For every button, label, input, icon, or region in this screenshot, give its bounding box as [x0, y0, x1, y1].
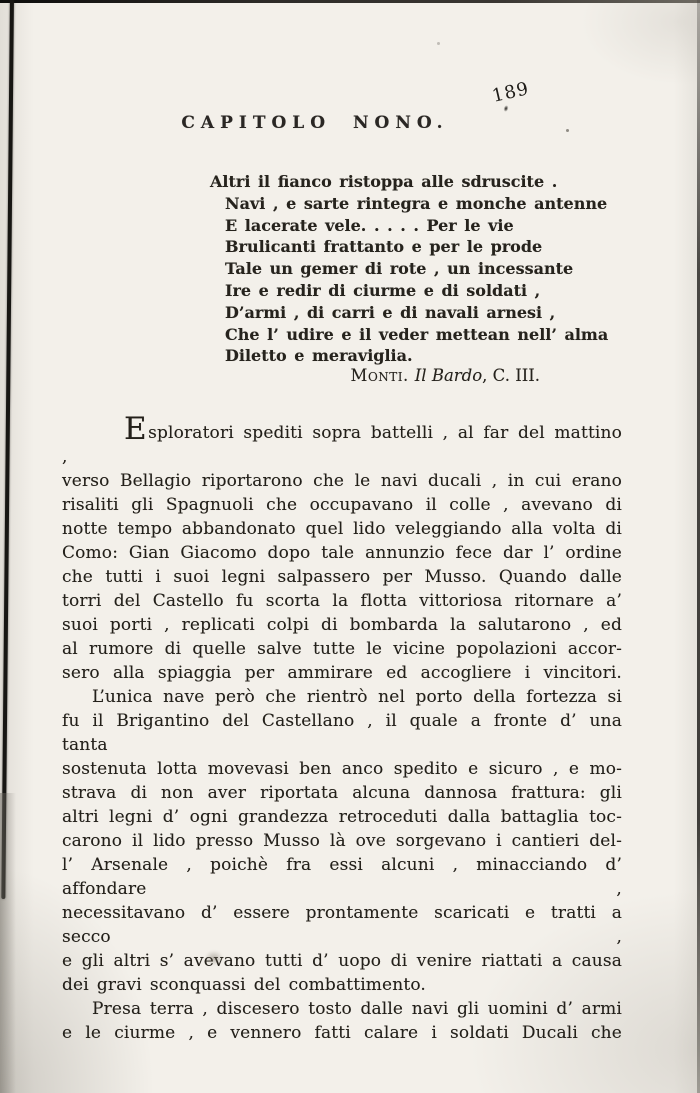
body-text-line: sero alla spiaggia per ammirare ed accog… [62, 661, 622, 685]
body-text-line: L’unica nave però che rientrò nel porto … [62, 685, 622, 709]
paragraph: Esploratori spediti sopra battelli , al … [62, 421, 622, 685]
body-text-line: al rumore di quelle salve tutte le vicin… [62, 637, 622, 661]
body-text-line: e gli altri s’ avevano tutti d’ uopo di … [62, 949, 622, 973]
body-text-line: Como: Gian Giacomo dopo tale annunzio fe… [62, 541, 622, 565]
poem-epigraph: Altri il fianco ristoppa alle sdruscite … [210, 171, 610, 367]
poem-line: E lacerate vele. . . . . Per le vie [225, 215, 610, 237]
poem-line: D’armi , di carri e di navali arnesi , [225, 302, 610, 324]
body-text-line: strava di non aver riportata alcuna dann… [62, 781, 622, 805]
body-text-line: fu il Brigantino del Castellano , il qua… [62, 709, 622, 757]
poem-line: Altri il fianco ristoppa alle sdruscite … [210, 171, 610, 193]
poem-line: Diletto e meraviglia. [225, 345, 610, 367]
body-text-line: dei gravi sconquassi del combattimento. [62, 973, 622, 997]
scan-edge-top [0, 0, 700, 3]
body-text-line: suoi porti , replicati colpi di bombarda… [62, 613, 622, 637]
book-page-scan: 189 CAPITOLO NONO. Altri il fianco risto… [0, 0, 700, 1093]
body-text-line: risaliti gli Spagnuoli che occupavano il… [62, 493, 622, 517]
attribution-author: Monti. [351, 366, 409, 385]
body-text-line: verso Bellagio riportarono che le navi d… [62, 469, 622, 493]
poem-line: Tale un gemer di rote , un incessante [225, 258, 610, 280]
body-text-line: che tutti i suoi legni salpassero per Mu… [62, 565, 622, 589]
body-text-line: carono il lido presso Musso là ove sorge… [62, 829, 622, 853]
body-text: Esploratori spediti sopra battelli , al … [62, 421, 622, 1045]
paper-smudge [202, 948, 226, 968]
attribution-suffix: , C. III. [482, 366, 540, 385]
attribution-work: Il Bardo [415, 366, 482, 385]
ink-speck [437, 42, 440, 45]
paragraph: L’unica nave però che rientrò nel porto … [62, 685, 622, 997]
paragraph: Presa terra , discesero tosto dalle navi… [62, 997, 622, 1045]
poem-line: Brulicanti frattanto e per le prode [225, 236, 610, 258]
page-number: 189 [490, 78, 531, 107]
chapter-title: CAPITOLO NONO. [110, 113, 520, 133]
scan-edge-left [1, 0, 13, 899]
body-text-line: notte tempo abbandonato quel lido velegg… [62, 517, 622, 541]
body-text-line: torri del Castello fu scorta la flotta v… [62, 589, 622, 613]
poem-attribution: Monti.Il Bardo, C. III. [351, 366, 540, 385]
body-text-line: l’ Arsenale , poichè fra essi alcuni , m… [62, 853, 622, 901]
poem-line: Che l’ udire e il veder mettean nell’ al… [225, 324, 610, 346]
poem-line: Ire e redir di ciurme e di soldati , [225, 280, 610, 302]
scan-edge-left-shadow [0, 793, 16, 1093]
body-text-line: Esploratori spediti sopra battelli , al … [62, 421, 622, 469]
body-text-line: altri legni d’ ogni grandezza retrocedut… [62, 805, 622, 829]
body-text-line: necessitavano d’ essere prontamente scar… [62, 901, 622, 949]
initial-capital: E [93, 425, 147, 433]
body-text-line: Presa terra , discesero tosto dalle navi… [62, 997, 622, 1021]
poem-line: Navi , e sarte rintegra e monche antenne [225, 193, 610, 215]
body-text-line: e le ciurme , e vennero fatti calare i s… [62, 1021, 622, 1045]
body-text-line: sostenuta lotta movevasi ben anco spedit… [62, 757, 622, 781]
ink-speck [566, 129, 569, 132]
